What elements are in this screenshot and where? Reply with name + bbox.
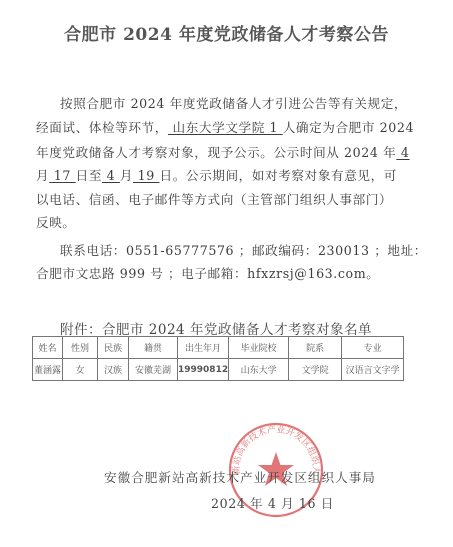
body-text: 月 <box>36 168 49 183</box>
header-cell: 出生年月 <box>178 337 229 359</box>
start-month: 4 <box>396 145 409 160</box>
header-cell: 院系 <box>289 337 342 359</box>
contact-line-2: 合肥市文忠路 999 号 ；电子邮箱：hfxzrsj@163.com。 <box>36 263 379 282</box>
header-cell: 专业 <box>342 337 404 359</box>
page-title: 合肥市 2024 年度党政储备人才考察公告 <box>0 20 453 45</box>
header-cell: 毕业院校 <box>229 337 289 359</box>
end-month: 4 <box>102 168 120 183</box>
header-cell: 籍贯 <box>129 337 178 359</box>
contact-line-1: 联系电话：0551-65777576 ；邮政编码：230013 ；地址： <box>60 240 427 259</box>
cell-ethnicity: 汉族 <box>98 359 129 381</box>
cell-name: 董涵露 <box>33 359 63 381</box>
cell-birth: 19990812 <box>178 359 229 381</box>
cell-hometown: 安徽芜湖 <box>129 359 178 381</box>
body-line-5: 以电话、信函、电子邮件等方式向（主管部门组织人事部门） <box>36 189 392 208</box>
end-day: 19 <box>133 168 159 183</box>
cell-gender: 女 <box>63 359 98 381</box>
cell-department: 文学院 <box>289 359 342 381</box>
candidate-unit: 山东大学文学院 1 <box>168 120 283 135</box>
issue-date: 2024 年 4 月 16 日 <box>211 493 334 512</box>
body-text: 日。公示期间，如对考察对象有意见，可 <box>160 168 398 183</box>
start-day: 17 <box>49 168 75 183</box>
body-line-4: 月 17 日至 4 月 19 日。公示期间，如对考察对象有意见，可 <box>36 165 397 184</box>
header-cell: 民族 <box>98 337 129 359</box>
table-row: 董涵露 女 汉族 安徽芜湖 19990812 山东大学 文学院 汉语言文字学 <box>33 359 404 381</box>
body-text: 人确定为合肥市 2024 <box>283 120 414 135</box>
issuer-name: 安徽合肥新站高新技术产业开发区组织人事局 <box>104 467 376 486</box>
cell-major: 汉语言文字学 <box>342 359 404 381</box>
body-text: 年度党政储备人才考察对象，现予公示。公示时间从 2024 年 <box>36 145 396 160</box>
body-line-1: 按照合肥市 2024 年度党政储备人才引进公告等有关规定， <box>60 93 407 112</box>
body-text: 月 <box>120 168 133 183</box>
cell-school: 山东大学 <box>229 359 289 381</box>
body-line-6: 反映。 <box>36 212 76 231</box>
header-cell: 性别 <box>63 337 98 359</box>
body-text: 经面试、体检等环节， <box>36 120 168 135</box>
attachment-title: 附件：合肥市 2024 年党政储备人才考察对象名单 <box>60 318 372 338</box>
header-cell: 姓名 <box>33 337 63 359</box>
table-header-row: 姓名 性别 民族 籍贯 出生年月 毕业院校 院系 专业 <box>33 337 404 359</box>
candidate-table: 姓名 性别 民族 籍贯 出生年月 毕业院校 院系 专业 董涵露 女 汉族 安徽芜… <box>32 336 404 381</box>
body-line-2: 经面试、体检等环节， 山东大学文学院 1 人确定为合肥市 2024 <box>36 117 414 136</box>
body-line-3: 年度党政储备人才考察对象，现予公示。公示时间从 2024 年 4 <box>36 142 410 161</box>
body-text: 日至 <box>76 168 102 183</box>
